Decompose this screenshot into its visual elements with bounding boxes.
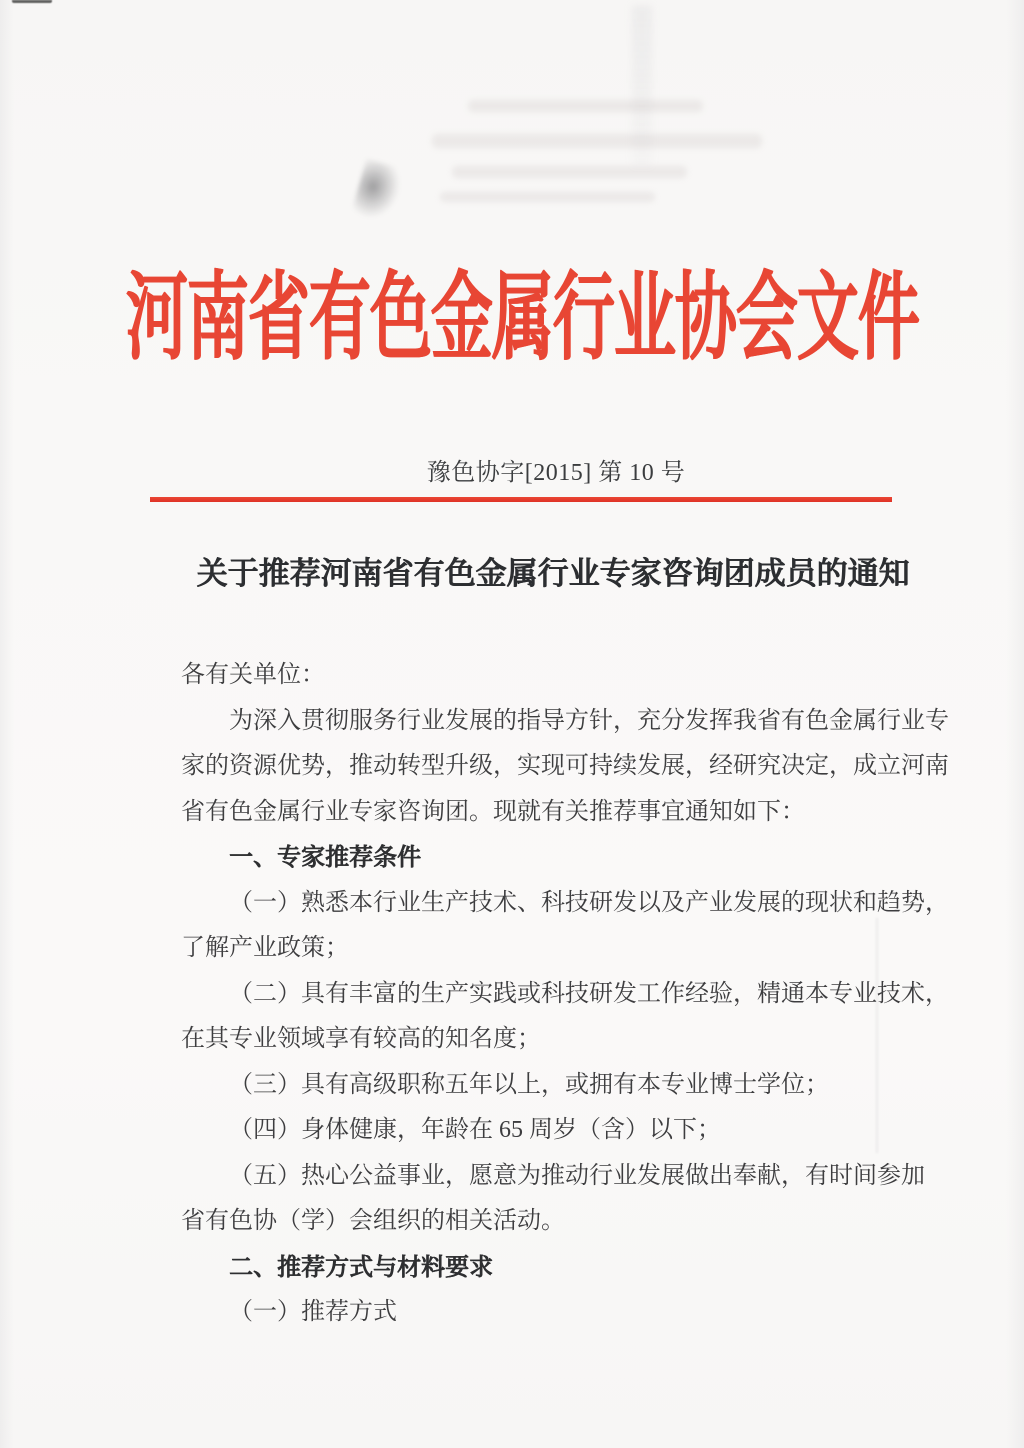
body-line: 家的资源优势，推动转型升级，实现可持续发展，经研究决定，成立河南 [181, 744, 961, 790]
body-line: （四）身体健康，年龄在 65 周岁（含）以下； [181, 1108, 961, 1154]
red-separator-rule [150, 497, 892, 502]
scanned-document-page: 河南省有色金属行业协会文件 豫色协字[2015] 第 10 号 关于推荐河南省有… [0, 0, 1024, 1448]
scan-edge-artifact [12, 0, 52, 3]
body-line: （三）具有高级职称五年以上，或拥有本专业博士学位； [181, 1063, 961, 1109]
doc-number: 豫色协字[2015] 第 10 号 [184, 452, 928, 487]
bleedthrough-line [440, 192, 655, 202]
section-two-heading: 二、推荐方式与材料要求 [181, 1245, 961, 1291]
document-title: 关于推荐河南省有色金属行业专家咨询团成员的通知 [150, 548, 956, 593]
org-name-header: 河南省有色金属行业协会文件 [126, 240, 919, 378]
body-line: 了解产业政策； [181, 926, 961, 972]
body-line: （一）推荐方式 [181, 1290, 961, 1336]
bleedthrough-line [432, 134, 762, 148]
body-line: （一）熟悉本行业生产技术、科技研发以及产业发展的现状和趋势， [181, 881, 961, 927]
body-line: 在其专业领域享有较高的知名度； [181, 1017, 961, 1063]
section-one-heading: 一、专家推荐条件 [181, 835, 961, 881]
body-line: 省有色协（学）会组织的相关活动。 [181, 1199, 961, 1245]
scan-streak-artifact [632, 6, 652, 166]
body-line: （五）热心公益事业，愿意为推动行业发展做出奉献，有时间参加 [181, 1154, 961, 1200]
body-line: 省有色金属行业专家咨询团。现就有关推荐事宜通知如下： [181, 790, 961, 836]
salutation-line: 各有关单位： [181, 653, 961, 699]
document-body: 各有关单位： 为深入贯彻服务行业发展的指导方针，充分发挥我省有色金属行业专 家的… [181, 653, 961, 1336]
body-line: （二）具有丰富的生产实践或科技研发工作经验，精通本专业技术， [181, 972, 961, 1018]
scan-shadow-artifact [351, 159, 405, 224]
bleedthrough-line [452, 166, 687, 178]
body-line: 为深入贯彻服务行业发展的指导方针，充分发挥我省有色金属行业专 [181, 699, 961, 745]
bleedthrough-line [468, 100, 703, 112]
letterhead-banner: 河南省有色金属行业协会文件 [150, 246, 894, 372]
